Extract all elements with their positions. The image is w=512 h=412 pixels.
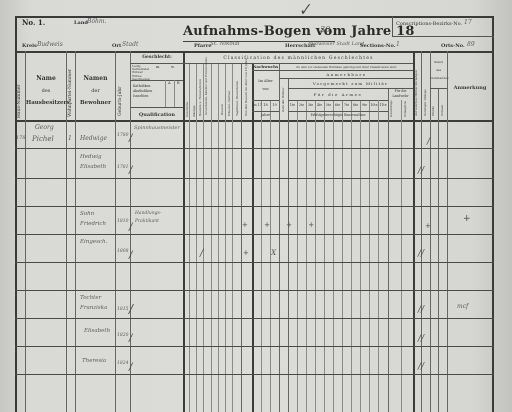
class-col-haeusler: Häusler, Gärtner xyxy=(227,82,231,116)
col-line xyxy=(421,51,422,412)
row-3-class-marks: + + + + xyxy=(242,221,321,229)
row-0-partei: 1 xyxy=(68,135,72,142)
class-4: 4te xyxy=(315,103,324,107)
row-0-besitzer-last: Pichel xyxy=(32,135,54,143)
row-1-mark: // xyxy=(418,166,424,176)
row-line xyxy=(15,346,494,347)
row-3-bewohner: Sohn Friedrich xyxy=(80,209,114,229)
header-line xyxy=(288,100,388,101)
col-header-bewohner-2: der xyxy=(76,88,115,94)
sections-label: Sections-No. xyxy=(360,43,395,49)
row-7-check: / xyxy=(129,333,132,344)
row-0-bewohner: Hedwige xyxy=(80,135,107,142)
herrschaft-value: Budweiser Stadt Land xyxy=(308,41,364,47)
religion-divider xyxy=(165,80,166,107)
row-7-bewohner: Elisabeth xyxy=(84,328,110,334)
religion-divider xyxy=(174,80,175,107)
form-number: No. 1. xyxy=(22,18,45,27)
row-4-class-marks: + X xyxy=(243,249,286,257)
col-line xyxy=(438,88,439,412)
jahre-label: Jahre xyxy=(252,113,279,117)
col-header-besitzer-2: des xyxy=(26,88,66,94)
col-line xyxy=(388,88,389,412)
row-4-check: / xyxy=(129,250,132,261)
col-line xyxy=(196,63,197,412)
erbfolge-label: Erbfolgeberechtigte Bauernsöhne xyxy=(288,113,388,117)
year-suffix: 30 xyxy=(320,25,330,34)
col-header-classification: Classification des männlichen Geschlecht… xyxy=(184,56,413,61)
col-header-besitzer-3: Hausbesitzers xyxy=(26,100,66,106)
row-3-anmerkung: + xyxy=(463,214,471,224)
age-col-19: 19 xyxy=(270,103,279,107)
col-header-besitzer-1: Name xyxy=(26,75,66,82)
armee-label: Für die Armee xyxy=(288,92,388,97)
row-0-check: / xyxy=(129,133,132,144)
col-line xyxy=(232,63,233,412)
zahl-weiber-label: Zahl der Weiber xyxy=(281,90,285,112)
table-header-bottom-line xyxy=(15,120,494,122)
row-7-geburt: 1820 xyxy=(117,333,128,338)
row-8-mark: // xyxy=(418,362,424,372)
class-11: 11te xyxy=(378,103,388,107)
header-line xyxy=(252,100,279,101)
col-header-bewohner-3: Bewohner xyxy=(76,100,115,106)
age-col-17: bis 17 xyxy=(252,103,261,107)
landwehr-col-1: Dienstfähige xyxy=(390,101,393,117)
col-line xyxy=(279,63,280,412)
col-line xyxy=(369,100,370,412)
viehstand-ochsen: Ochsen xyxy=(440,96,444,116)
row-6-geburt: 1815 xyxy=(117,307,128,312)
row-1-check: / xyxy=(129,165,132,176)
header-line xyxy=(279,78,413,79)
class-7: 7te xyxy=(342,103,351,107)
viehstand-label: StanddesViehstandes xyxy=(430,58,447,82)
row-6-anmerkung: mcf xyxy=(457,303,468,310)
landwehr-label-2: Landwehr xyxy=(388,94,413,98)
row-line xyxy=(15,290,494,291)
row-line xyxy=(15,374,494,375)
class-1: 1te xyxy=(288,103,297,107)
row-line xyxy=(15,148,494,149)
row-8-check: / xyxy=(129,362,132,373)
pfarre-label: Pfarre xyxy=(194,43,212,49)
class-col-tagloehner: Taglöhner, Dienstboten xyxy=(235,80,239,116)
row-8-bewohner: Theresia xyxy=(82,358,106,364)
pfarre-value: St. Nikolai xyxy=(210,41,240,47)
col-line xyxy=(203,63,204,412)
vorgemerkt-label: Vorgemerkt zum Militär xyxy=(288,81,413,86)
col-header-anmerkung: Anmerkung xyxy=(448,85,492,91)
row-line xyxy=(15,178,494,179)
col-line xyxy=(241,63,242,412)
form-title: Aufnahms-Bogen vom Jahre 18 xyxy=(183,24,415,39)
class-6: 6te xyxy=(333,103,342,107)
col-line xyxy=(288,78,289,412)
col-header-geschlecht: Geschlecht: xyxy=(131,55,183,60)
landwehr-label-1: Für die xyxy=(388,89,413,93)
row-6-bewohner: Tochter Franziska xyxy=(80,293,114,313)
land-value: Böhm. xyxy=(87,18,106,25)
class-3: 3te xyxy=(306,103,315,107)
class-col-gewerbsleute: Gewerbsleute, Künstler und Professionist… xyxy=(205,65,208,115)
religion-col-b: B xyxy=(177,81,180,85)
row-3-qualification: Handlungs-Praktikant xyxy=(135,210,181,226)
sonstige-label: Sonstiger Abzugs xyxy=(423,62,427,116)
col-line xyxy=(333,100,334,412)
class-col-beamte: Beamte u. Honoratioren xyxy=(198,70,202,116)
class-8: 8te xyxy=(351,103,360,107)
header-line xyxy=(288,111,388,112)
col-line xyxy=(225,63,226,412)
col-line xyxy=(378,100,379,412)
col-header-nachwuchs: Nachwuchs xyxy=(252,64,279,69)
row-0-qualification: Spinnhausmeister xyxy=(134,125,180,131)
row-8-geburt: 1824 xyxy=(117,361,128,366)
von-label: von xyxy=(252,87,279,91)
frame-right xyxy=(492,16,494,412)
census-form-page: No. 1. Land Böhm. Aufnahms-Bogen vom Jah… xyxy=(0,0,512,412)
col-header-geburtsjahr: Geburts-Jahr xyxy=(118,80,123,116)
class-col-bauern: Bauern xyxy=(220,95,224,115)
kreis-value: Budweis xyxy=(37,41,63,48)
row-3-check: / xyxy=(129,222,132,233)
col-line xyxy=(447,51,448,412)
geschlecht-col-m: m. xyxy=(156,65,160,69)
sections-value: 1 xyxy=(396,41,400,48)
col-line xyxy=(315,100,316,412)
col-line xyxy=(351,100,352,412)
col-line xyxy=(297,100,298,412)
row-7-mark: // xyxy=(418,334,424,344)
conscription-label: Conscriptions-Bezirks-No. xyxy=(396,21,462,27)
col-line xyxy=(360,100,361,412)
conscription-divider xyxy=(392,16,393,36)
row-0-mark: / xyxy=(427,137,430,147)
row-6-check: / xyxy=(129,302,133,316)
row-3-mark: + xyxy=(425,222,431,230)
row-4-slash: / xyxy=(200,248,203,259)
frame-top xyxy=(15,16,494,18)
anmerkbare-label: Anmerkbare xyxy=(280,72,413,77)
class-9: 9te xyxy=(360,103,369,107)
class-col-adelige: Adelige xyxy=(192,95,196,117)
col-line xyxy=(306,100,307,412)
class-col-geistliche: Geistliche xyxy=(185,95,189,117)
viehstand-pferde: Pferde xyxy=(431,96,435,116)
row-3-geburt: 1810 xyxy=(117,219,128,224)
row-6-mark: // xyxy=(418,305,424,315)
ort-value: Stadt xyxy=(122,41,138,48)
orts-value: 89 xyxy=(467,41,475,48)
frame-left xyxy=(15,16,17,412)
row-0-geburt: 1780 xyxy=(117,133,128,138)
row-0-besitzer-first: Georg xyxy=(35,124,54,131)
row-1-geburt: 1781 xyxy=(117,165,128,170)
age-col-18: 18 xyxy=(261,103,270,107)
row-1-bewohner: Hedwig Elisabeth xyxy=(80,152,114,172)
zu-obigen-label: Zu dem vor stehenden Rubriken gehörige m… xyxy=(280,65,413,69)
class-2: 2te xyxy=(297,103,306,107)
class-5: 5te xyxy=(324,103,333,107)
col-line xyxy=(401,100,402,412)
row-line xyxy=(15,234,494,235)
col-line xyxy=(189,63,190,412)
col-header-qualification: Qualification xyxy=(131,112,183,118)
header-line xyxy=(430,88,447,89)
row-line xyxy=(15,318,494,319)
col-header-bewohner-1: Namen xyxy=(76,75,115,82)
col-line xyxy=(218,63,219,412)
land-label: Land xyxy=(74,20,88,26)
col-header-wohnpartei: Wohnpartei-Nummer xyxy=(68,75,73,117)
orts-label: Orts-No. xyxy=(441,43,465,49)
col-line xyxy=(342,100,343,412)
religion-col-a: A xyxy=(168,81,171,85)
geschlecht-col-w: w. xyxy=(171,65,175,69)
row-0-haus-nummer: 178 xyxy=(16,135,26,141)
col-line xyxy=(211,63,212,412)
kreis-label: Kreis xyxy=(22,43,37,49)
class-col-bauern-alter: Von den Bauern im Alter von 18 Jahre xyxy=(244,72,248,116)
ort-label: Ort xyxy=(112,43,121,49)
row-4-bewohner: Eingesch. xyxy=(80,239,107,245)
religion-rows: KatholikenAkatholikenIsraeliten xyxy=(133,84,152,99)
landwehr-col-2: Untaugliche xyxy=(404,101,407,117)
table-top-line xyxy=(15,51,494,53)
header-line xyxy=(130,107,183,108)
row-line xyxy=(15,206,494,207)
conscription-value: 17 xyxy=(464,19,472,26)
row-line xyxy=(15,262,494,263)
row-4-geburt: 1808 xyxy=(117,249,128,254)
geschlecht-rows: LedigVerheiratetWitwerWitweGeschieden xyxy=(132,65,150,81)
header-line xyxy=(252,70,413,71)
header-line xyxy=(252,111,279,112)
col-header-haus-nummer: Haus-Nummer xyxy=(17,90,22,118)
militaer-label: Auf welches Militär-Vermögen xyxy=(414,62,418,116)
col-line xyxy=(115,51,116,412)
conscription-underline xyxy=(392,36,494,37)
col-line xyxy=(324,100,325,412)
row-4-mark: // xyxy=(418,249,424,259)
im-alter-label: Im Alter xyxy=(252,79,279,83)
